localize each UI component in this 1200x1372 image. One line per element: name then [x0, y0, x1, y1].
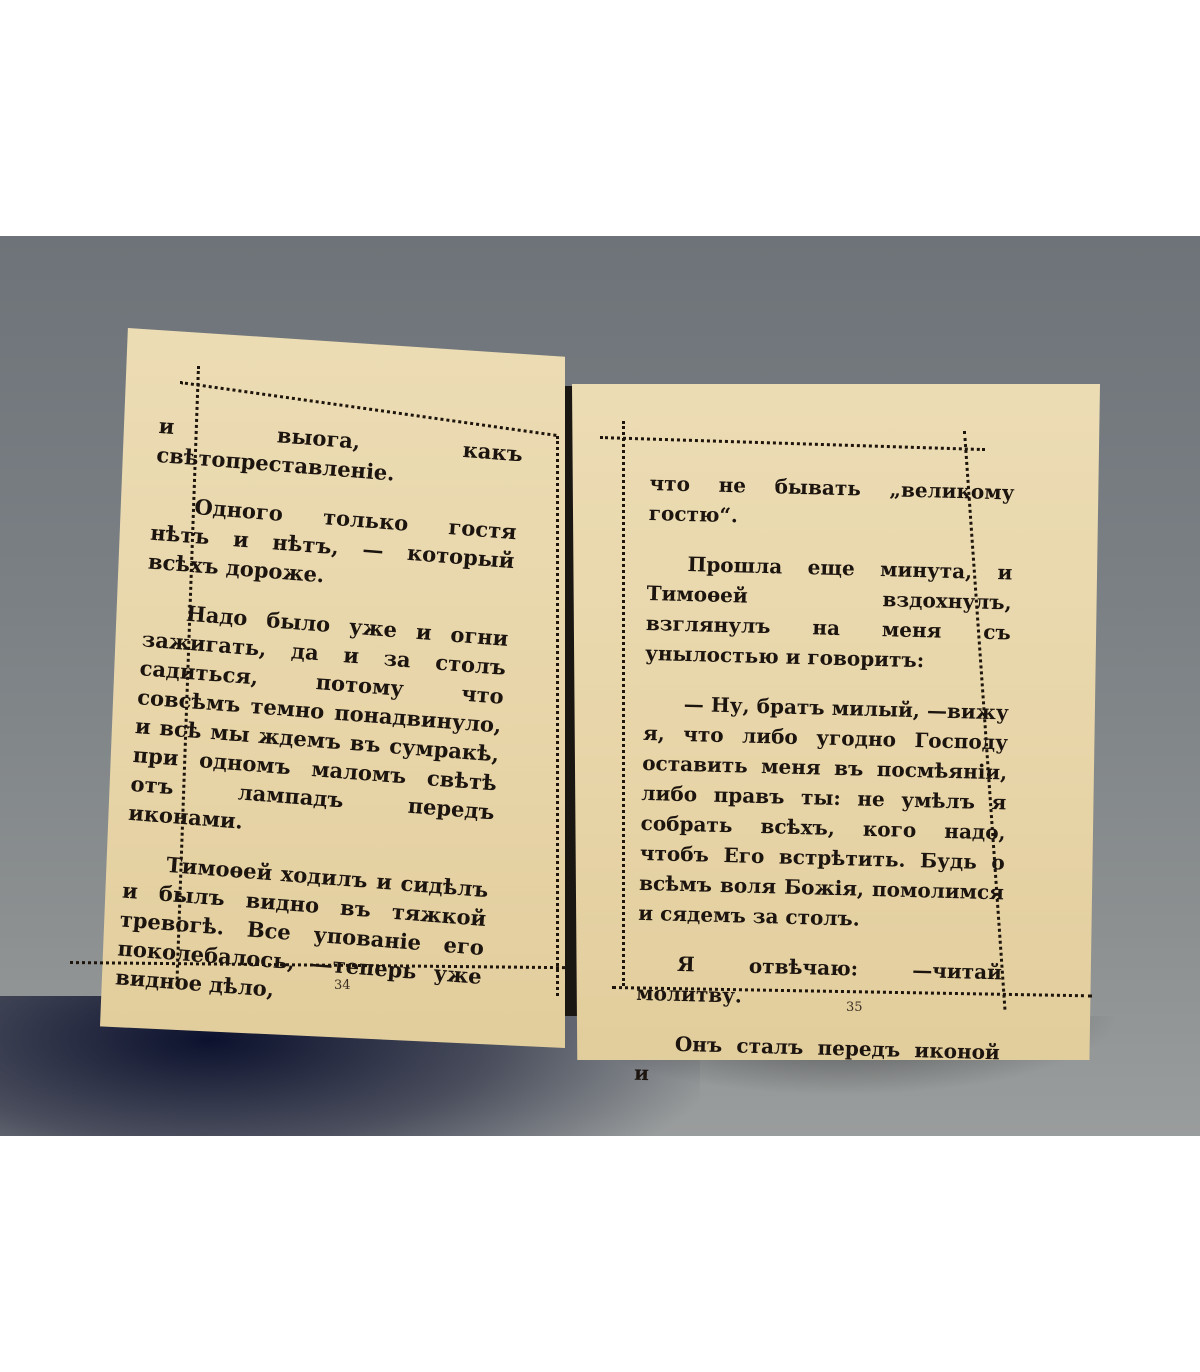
paragraph: что не бывать „великому гостю“.	[648, 468, 1014, 538]
left-frame-right	[556, 436, 559, 996]
paragraph: Онъ сталъ передъ иконой и	[634, 1028, 1000, 1098]
left-page-text: и выога, какъ свѣтопреставленіе. Одного …	[113, 411, 524, 1040]
paragraph: Надо было уже и огни зажигать, да и за с…	[127, 595, 509, 855]
paragraph: Тимоѳей ходилъ и сидѣлъ и былъ видно въ …	[114, 847, 489, 1020]
page-number-35: 35	[846, 1000, 863, 1015]
paragraph: — Ну, братъ милый, —вижу я, что либо уго…	[638, 688, 1009, 937]
paragraph: Одного только гостя нѣтъ и нѣтъ, — котор…	[147, 489, 518, 604]
right-frame-left	[622, 421, 625, 986]
paragraph: Я отвѣчаю: —читай молитву.	[636, 948, 1002, 1018]
paragraph: Прошла еще минута, и Тимоѳей вздохнулъ, …	[645, 548, 1013, 678]
page-number-34: 34	[334, 978, 351, 993]
right-page-text: что не бывать „великому гостю“. Прошла е…	[633, 468, 1015, 1117]
book-photo: и выога, какъ свѣтопреставленіе. Одного …	[0, 236, 1200, 1136]
